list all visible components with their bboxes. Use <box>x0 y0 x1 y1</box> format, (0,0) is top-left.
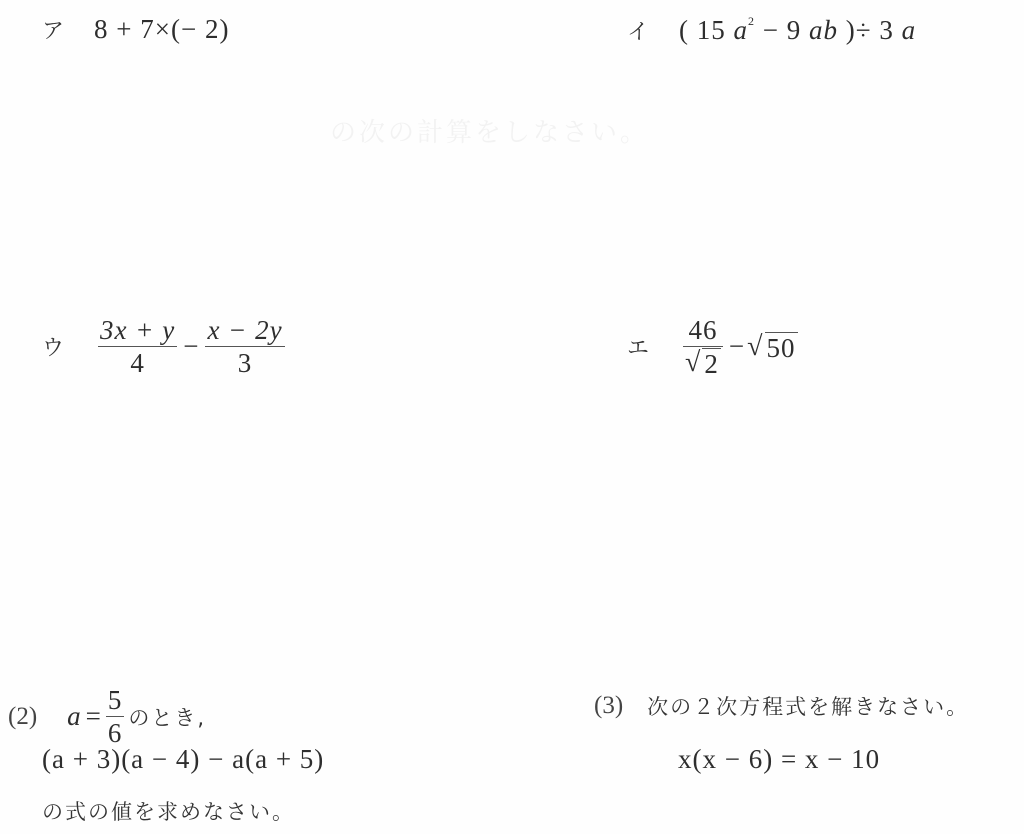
square-root: √2 <box>683 347 723 379</box>
condition-expression: a = 5 6 <box>67 684 128 749</box>
problem-2-expression: (a + 3)(a − 4) − a(a + 5) <box>42 744 324 775</box>
problem-number: (3) <box>594 692 623 720</box>
problem-number: (2) <box>8 703 37 731</box>
fraction: 5 6 <box>106 684 125 749</box>
problem-i: イ ( 15 a2 − 9 ab )÷ 3 a <box>627 14 916 46</box>
radical-sign-icon: √ <box>685 347 701 379</box>
problem-expression: ( 15 a2 − 9 ab )÷ 3 a <box>679 14 916 46</box>
square-root: √50 <box>747 331 797 363</box>
problem-a: ア 8 + 7×(− 2) <box>42 14 229 45</box>
problem-e: エ 46 √2 − √50 <box>627 314 798 379</box>
problem-label: エ <box>627 331 649 362</box>
fraction: 3x + y 4 <box>98 314 177 379</box>
fraction: 46 √2 <box>683 314 723 379</box>
problem-3-equation: x(x − 6) = x − 10 <box>678 744 880 775</box>
problem-label: ア <box>42 14 64 45</box>
problem-label: イ <box>627 15 649 46</box>
instruction-text: 次の２次方程式を解きなさい。 <box>647 691 969 721</box>
exam-page: の次の計算をしなさい。 ア 8 + 7×(− 2) イ ( 15 a2 − 9 … <box>0 0 1024 834</box>
problem-2-condition: (2) a = 5 6 のとき, <box>8 684 206 749</box>
problem-expression: 3x + y 4 − x − 2y 3 <box>94 314 289 379</box>
bleed-through-text: の次の計算をしなさい。 <box>330 112 649 149</box>
problem-expression: 46 √2 − √50 <box>679 314 797 379</box>
problem-expression: 8 + 7×(− 2) <box>94 14 229 45</box>
radical-sign-icon: √ <box>747 331 763 363</box>
condition-suffix: のとき, <box>128 702 206 732</box>
problem-u: ウ 3x + y 4 − x − 2y 3 <box>42 314 289 379</box>
fraction: x − 2y 3 <box>205 314 284 379</box>
problem-label: ウ <box>42 331 64 362</box>
problem-3-instruction: (3) 次の２次方程式を解きなさい。 <box>594 691 969 721</box>
problem-2-instruction: の式の値を求めなさい。 <box>42 796 295 826</box>
